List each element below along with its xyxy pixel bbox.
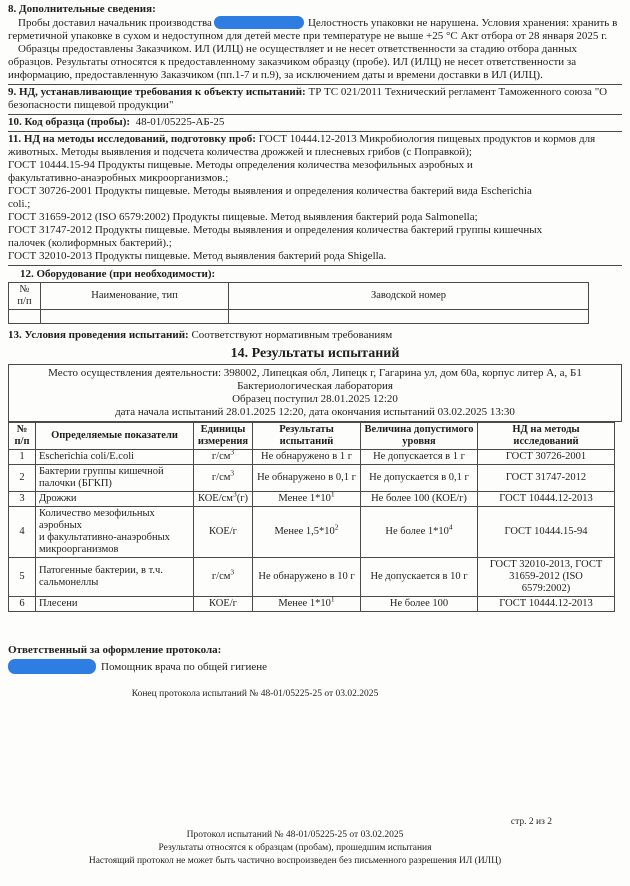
gost-entry: ГОСТ 30726-2001 Продукты пищевые. Методы… [8, 185, 622, 211]
row-unit: КОЕ/см3(г) [194, 492, 253, 507]
row-indicator: Escherichia coli/E.coli [36, 450, 194, 465]
section-11: 11. НД на методы исследований, подготовк… [8, 133, 622, 263]
sample-code-value: 48-01/05225-АБ-25 [136, 116, 225, 128]
page-number-label: стр. 2 из 2 [8, 816, 622, 829]
redaction-mark-producer-name [214, 16, 304, 29]
section-12-heading: 12. Оборудование (при необходимости): [20, 268, 622, 281]
equipment-table: № п/п Наименование, тип Заводской номер [8, 282, 589, 324]
row-num: 1 [9, 450, 36, 465]
section-divider [8, 84, 622, 85]
responsible-person-row: Помощник врача по общей гигиене [8, 659, 622, 674]
row-unit: КОЕ/г [194, 597, 253, 612]
row-method: ГОСТ 32010-2013, ГОСТ 31659-2012 (ISO 65… [478, 558, 615, 597]
section-8-heading: 8. Дополнительные сведения: [8, 3, 622, 16]
results-col-result: Результаты испытаний [253, 423, 361, 450]
row-method: ГОСТ 30726-2001 [478, 450, 615, 465]
row-indicator: Бактерии группы кишечной палочки (БГКП) [36, 465, 194, 492]
row-result: Менее 1*101 [253, 597, 361, 612]
lab-name-line: Бактериологическая лаборатория [11, 380, 619, 393]
gost-entry: ГОСТ 10444.15-94 Продукты пищевые. Метод… [8, 159, 622, 185]
row-unit: г/см3 [194, 465, 253, 492]
row-unit: г/см3 [194, 558, 253, 597]
lab-address-line: Место осуществления деятельности: 398002… [11, 367, 619, 380]
responsible-heading: Ответственный за оформление протокола: [8, 644, 622, 657]
equipment-empty-cell [229, 310, 589, 324]
row-allowed: Не допускается в 10 г [361, 558, 478, 597]
equipment-empty-row [9, 310, 589, 324]
section-8: 8. Дополнительные сведения: Пробы достав… [8, 3, 622, 82]
gost-entry: ГОСТ 32010-2013 Продукты пищевые. Метод … [8, 250, 622, 263]
section-9-heading: 9. НД, устанавливающие требования к объе… [8, 86, 306, 98]
results-col-method: НД на методы исследований [478, 423, 615, 450]
sample-delivery-text: Пробы доставил начальник производства [18, 17, 212, 29]
row-indicator: Плесени [36, 597, 194, 612]
table-row: 3 Дрожжи КОЕ/см3(г) Менее 1*101 Не более… [9, 492, 615, 507]
equipment-col-serial: Заводской номер [229, 283, 589, 310]
table-row: 1 Escherichia coli/E.coli г/см3 Не обнар… [9, 450, 615, 465]
results-header-row: № п/п Определяемые показатели Единицы из… [9, 423, 615, 450]
protocol-end-line: Конец протокола испытаний № 48-01/05225-… [8, 688, 622, 701]
row-allowed: Не допускается в 0,1 г [361, 465, 478, 492]
results-col-num: № п/п [9, 423, 36, 450]
responsible-title: Помощник врача по общей гигиене [101, 661, 267, 673]
section-divider [8, 265, 622, 266]
row-result: Менее 1*101 [253, 492, 361, 507]
row-num: 6 [9, 597, 36, 612]
row-result: Не обнаружено в 10 г [253, 558, 361, 597]
section-11-heading: 11. НД на методы исследований, подготовк… [8, 133, 256, 145]
row-allowed: Не допускается в 1 г [361, 450, 478, 465]
test-dates-line: дата начала испытаний 28.01.2025 12:20, … [11, 406, 619, 419]
table-row: 5 Патогенные бактерии, в т.ч. сальмонелл… [9, 558, 615, 597]
protocol-document-page: 8. Дополнительные сведения: Пробы достав… [0, 0, 630, 886]
footer-copyright-line: Настоящий протокол не может быть частичн… [8, 855, 622, 868]
row-unit: КОЕ/г [194, 507, 253, 558]
section-10: 10. Код образца (пробы): 48-01/05225-АБ-… [8, 116, 622, 129]
results-col-indicator: Определяемые показатели [36, 423, 194, 450]
table-row: 2 Бактерии группы кишечной палочки (БГКП… [9, 465, 615, 492]
row-num: 5 [9, 558, 36, 597]
section-13-heading: 13. Условия проведения испытаний: [8, 329, 189, 341]
row-allowed: Не более 1*104 [361, 507, 478, 558]
section-10-heading: 10. Код образца (пробы): [8, 116, 130, 128]
section-9: 9. НД, устанавливающие требования к объе… [8, 86, 622, 112]
gost-entry: ГОСТ 31659-2012 (ISO 6579:2002) Продукты… [8, 211, 622, 224]
table-row: 6 Плесени КОЕ/г Менее 1*101 Не более 100… [9, 597, 615, 612]
row-num: 2 [9, 465, 36, 492]
page-footer: стр. 2 из 2 Протокол испытаний № 48-01/0… [8, 816, 622, 868]
row-method: ГОСТ 10444.12-2013 [478, 492, 615, 507]
redaction-mark-responsible-name [8, 659, 96, 674]
results-table: № п/п Определяемые показатели Единицы из… [8, 422, 615, 612]
section-divider [8, 131, 622, 132]
row-indicator: Патогенные бактерии, в т.ч. сальмонеллы [36, 558, 194, 597]
row-num: 3 [9, 492, 36, 507]
row-result: Менее 1,5*102 [253, 507, 361, 558]
row-result: Не обнаружено в 1 г [253, 450, 361, 465]
row-indicator: Количество мезофильных аэробных и факуль… [36, 507, 194, 558]
row-method: ГОСТ 10444.12-2013 [478, 597, 615, 612]
row-allowed: Не более 100 (КОЕ/г) [361, 492, 478, 507]
equipment-col-num: № п/п [9, 283, 41, 310]
row-num: 4 [9, 507, 36, 558]
footer-results-line: Результаты относятся к образцам (пробам)… [8, 842, 622, 855]
results-col-unit: Единицы измерения [194, 423, 253, 450]
sample-received-line: Образец поступил 28.01.2025 12:20 [11, 393, 619, 406]
footer-protocol-line: Протокол испытаний № 48-01/05225-25 от 0… [8, 829, 622, 842]
row-result: Не обнаружено в 0,1 г [253, 465, 361, 492]
row-indicator: Дрожжи [36, 492, 194, 507]
equipment-empty-cell [41, 310, 229, 324]
equipment-col-name: Наименование, тип [41, 283, 229, 310]
equipment-header-row: № п/п Наименование, тип Заводской номер [9, 283, 589, 310]
section-8-paragraph-2: Образцы предоставлены Заказчиком. ИЛ (ИЛ… [8, 43, 622, 82]
results-col-allowed: Величина допустимого уровня [361, 423, 478, 450]
section-13: 13. Условия проведения испытаний: Соотве… [8, 329, 622, 342]
table-row: 4 Количество мезофильных аэробных и факу… [9, 507, 615, 558]
lab-info-box: Место осуществления деятельности: 398002… [8, 364, 622, 422]
row-method: ГОСТ 31747-2012 [478, 465, 615, 492]
section-13-text: Соответствуют нормативным требованиям [191, 329, 392, 341]
section-divider [8, 114, 622, 115]
row-allowed: Не более 100 [361, 597, 478, 612]
gost-entry: ГОСТ 31747-2012 Продукты пищевые. Методы… [8, 224, 622, 250]
section-11-paragraph: 11. НД на методы исследований, подготовк… [8, 133, 622, 159]
equipment-empty-cell [9, 310, 41, 324]
signature-block: Ответственный за оформление протокола: П… [8, 644, 622, 674]
results-title: 14. Результаты испытаний [8, 347, 622, 360]
row-method: ГОСТ 10444.15-94 [478, 507, 615, 558]
row-unit: г/см3 [194, 450, 253, 465]
section-8-paragraph-1: Пробы доставил начальник производстваЦел… [8, 16, 622, 43]
